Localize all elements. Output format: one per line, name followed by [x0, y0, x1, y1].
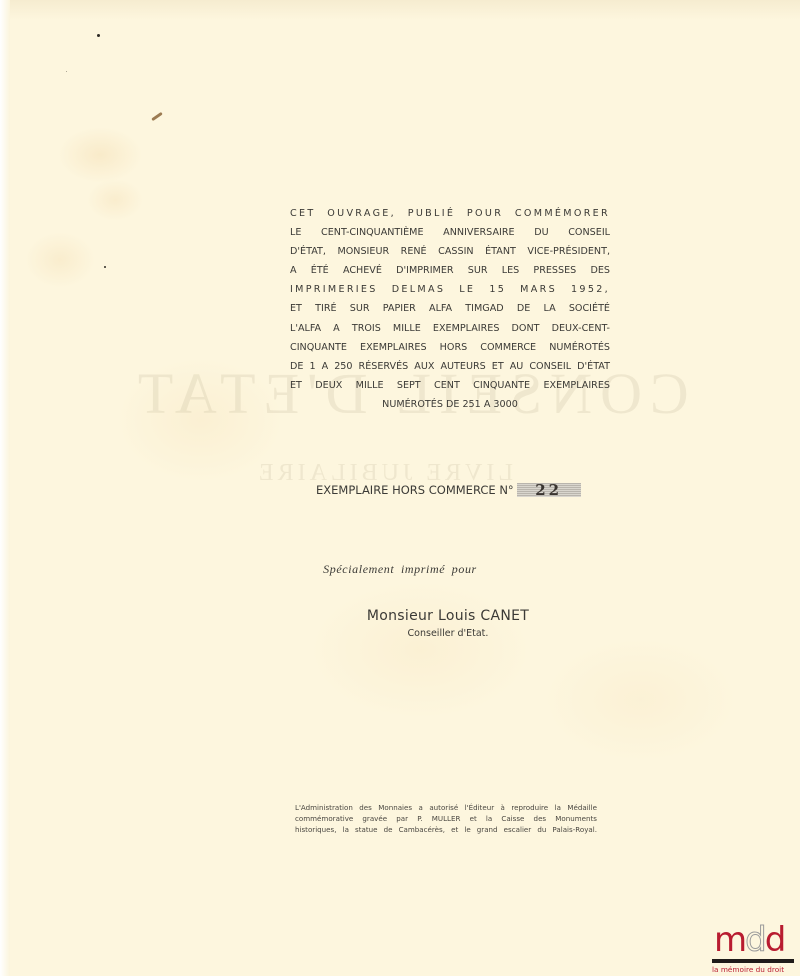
- recipient-title: Conseiller d'Etat.: [0, 628, 800, 639]
- copy-number-label: EXEMPLAIRE HORS COMMERCE N°: [316, 483, 514, 497]
- logo-letter-m: m: [714, 920, 745, 960]
- colophon-line: CET OUVRAGE, PUBLIÉ POUR COMMÉMORER: [290, 204, 610, 223]
- logo-tagline: la mémoire du droit: [712, 965, 796, 974]
- colophon-line: A ÉTÉ ACHEVÉ D'IMPRIMER SUR LES PRESSES …: [290, 261, 610, 280]
- paper-mark: [151, 112, 163, 121]
- mdd-logo-icon: mdd: [712, 925, 796, 955]
- dust-speck: [104, 266, 106, 268]
- dust-speck: [66, 71, 67, 72]
- colophon-line: L'ALFA A TROIS MILLE EXEMPLAIRES DONT DE…: [290, 319, 610, 338]
- dust-speck: [97, 34, 100, 37]
- copy-number-line: EXEMPLAIRE HORS COMMERCE N° 22: [316, 483, 581, 497]
- colophon-line: LE CENT-CINQUANTIÈME ANNIVERSAIRE DU CON…: [290, 223, 610, 242]
- credits-line: historiques, la statue de Cambacérès, et…: [295, 824, 597, 835]
- colophon-line: NUMÉROTÉS DE 251 A 3000: [290, 395, 610, 414]
- scanned-page: CONSEIL D'ETAT LIVRE JUBILAIRE CET OUVRA…: [0, 0, 800, 976]
- credits-line: commémorative gravée par P. MULLER et la…: [295, 813, 597, 824]
- recipient-name: Monsieur Louis CANET: [0, 608, 800, 624]
- dedication-intro: Spécialement imprimé pour: [0, 562, 800, 577]
- credits-line: L'Administration des Monnaies a autorisé…: [295, 802, 597, 813]
- page-edge: [0, 0, 10, 976]
- mdd-watermark-logo: mdd la mémoire du droit: [712, 925, 796, 973]
- colophon-line: IMPRIMERIES DELMAS LE 15 MARS 1952,: [290, 280, 610, 299]
- credits-paragraph: L'Administration des Monnaies a autorisé…: [295, 802, 597, 835]
- colophon-line: CINQUANTE EXEMPLAIRES HORS COMMERCE NUMÉ…: [290, 338, 610, 357]
- colophon-paragraph: CET OUVRAGE, PUBLIÉ POUR COMMÉMORER LE C…: [290, 204, 610, 414]
- colophon-line: ET DEUX MILLE SEPT CENT CINQUANTE EXEMPL…: [290, 376, 610, 395]
- logo-letter-d: d: [765, 920, 785, 960]
- colophon-line: DE 1 A 250 RÉSERVÉS AUX AUTEURS ET AU CO…: [290, 357, 610, 376]
- colophon-line: D'ÉTAT, MONSIEUR RENÉ CASSIN ÉTANT VICE-…: [290, 242, 610, 261]
- colophon-line: ET TIRÉ SUR PAPIER ALFA TIMGAD DE LA SOC…: [290, 299, 610, 318]
- logo-letter-d-outline: d: [745, 920, 765, 960]
- copy-number-value: 22: [517, 483, 581, 497]
